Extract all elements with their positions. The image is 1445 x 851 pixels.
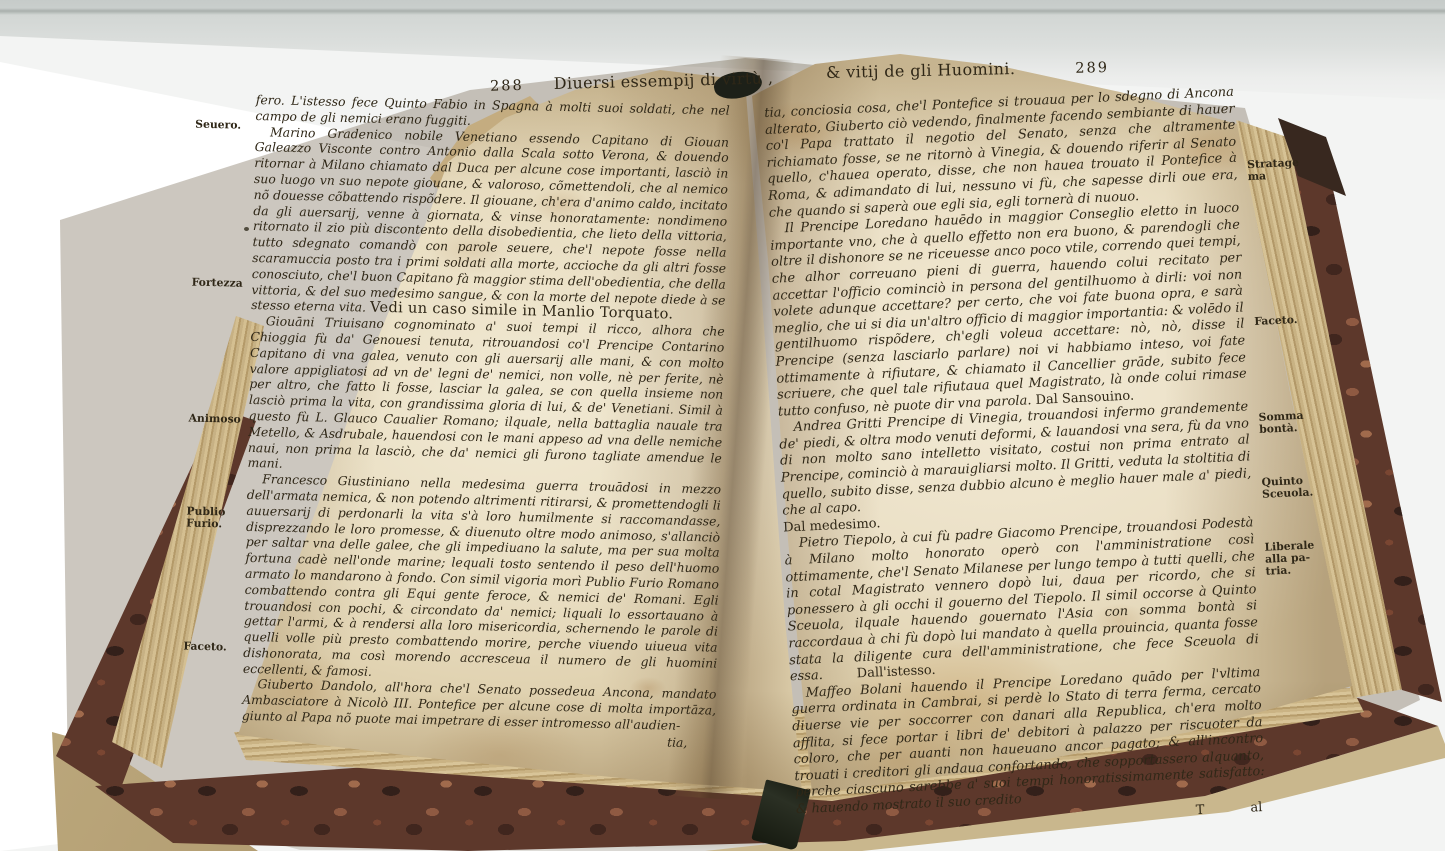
margin-note-somma-bonta: Somma bontà. — [1258, 409, 1315, 436]
margin-note-quinto-sceuola: Quinto Sceuola. — [1261, 474, 1318, 501]
margin-note-fortezza: Fortezza — [192, 277, 248, 290]
catchword: al — [1250, 800, 1263, 817]
paragraph: Andrea Gritti Prencipe di Vinegia, troua… — [778, 400, 1253, 537]
left-page-text-column: Seuero. Fortezza Animoso Publio Furio. F… — [241, 92, 730, 751]
right-running-title: & vitij de gli Huomini. — [826, 59, 1016, 82]
source-attribution: Dall'istesso. — [856, 663, 935, 682]
margin-note-stratagema: Stratage ma — [1247, 157, 1304, 184]
paragraph: Maffeo Bolani hauendo il Prencipe Loreda… — [790, 665, 1266, 819]
margin-note-faceto-right: Faceto. — [1254, 313, 1310, 328]
margin-note-faceto-left: Faceto. — [183, 640, 239, 653]
right-page-text-column: Stratage ma Faceto. Somma bontà. Quinto … — [764, 85, 1267, 838]
paragraph: Il Prencipe Loredano hauēdo in maggior C… — [769, 201, 1248, 421]
margin-note-animoso: Animoso — [188, 413, 244, 426]
left-page-number: 288 — [490, 78, 524, 95]
paragraph: tia, conciosia cosa, che'l Pontefice si … — [764, 85, 1239, 222]
margin-note-seuero: Seuero. — [195, 119, 251, 132]
right-page-number: 289 — [1075, 60, 1109, 77]
photo-scene: 288 Diuersi essempij di virtù , & vitij … — [0, 0, 1445, 851]
margin-note-liberale: Liberale alla pa- tria. — [1264, 539, 1322, 578]
margin-note-publio-furio: Publio Furio. — [186, 506, 243, 531]
paragraph: Pietro Tiepolo, à cui fù padre Giacomo P… — [784, 516, 1260, 687]
paragraph: Giouāni Triuisano cognominato a' suoi te… — [247, 313, 724, 482]
paragraph: Francesco Giustiniano nella medesima gue… — [243, 471, 722, 687]
dust-speck — [244, 227, 249, 231]
paragraph: Marino Gradenico nobile Venetiano essend… — [251, 124, 729, 324]
signature-mark: T — [1195, 802, 1204, 819]
